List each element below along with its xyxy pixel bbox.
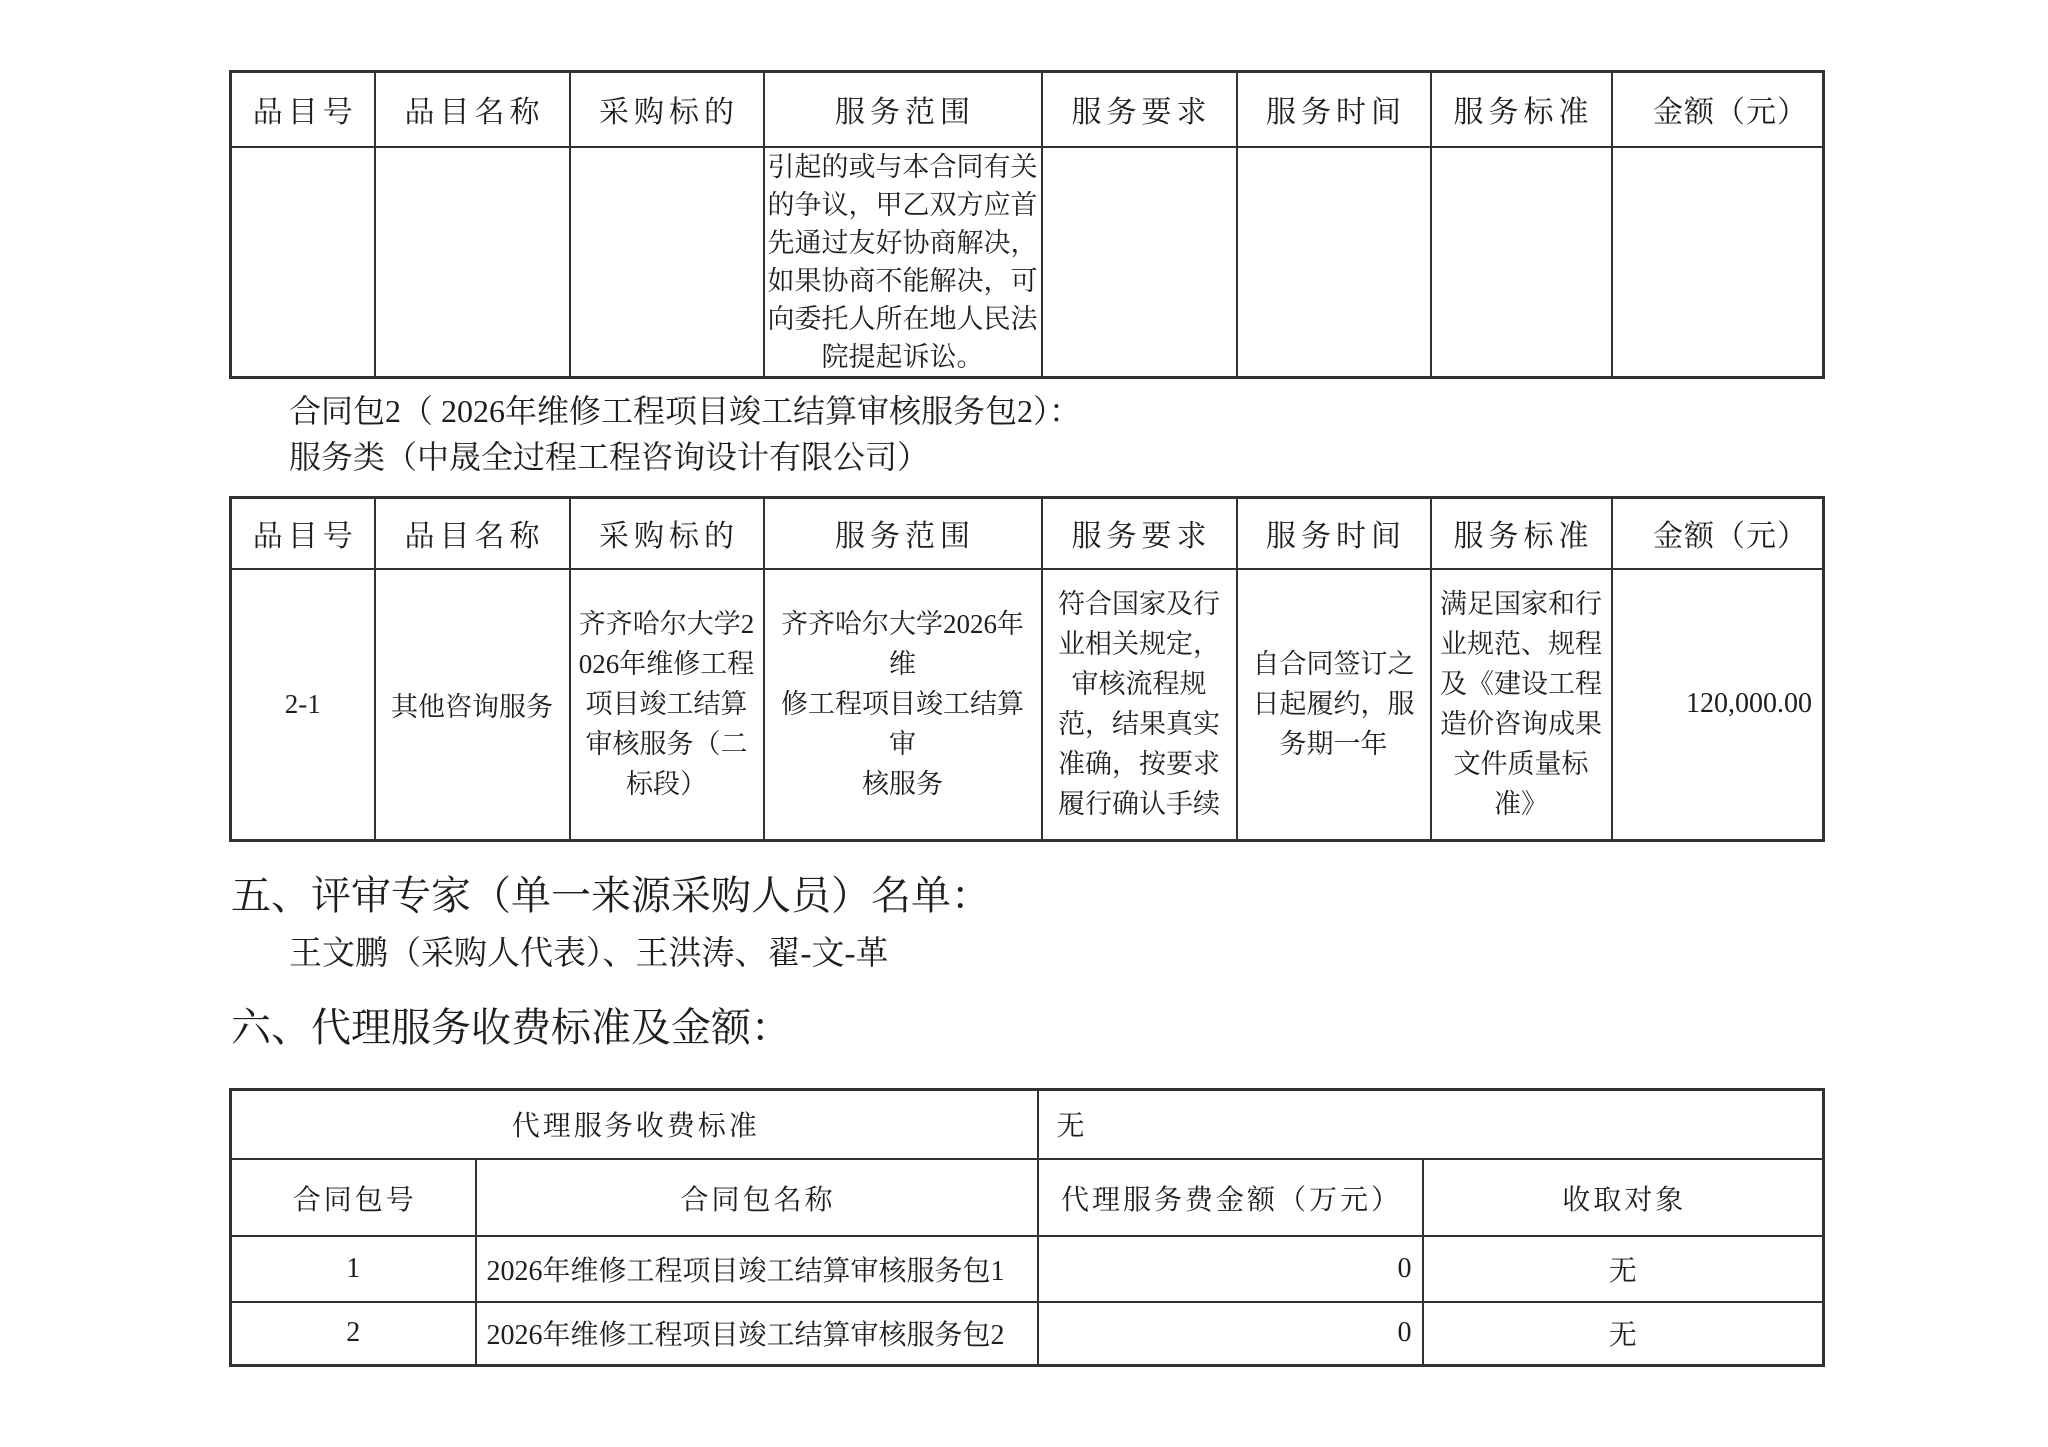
table-header-row: 品目号 品目名称 采购标的 服务范围 服务要求 服务时间 服务标准 金额（元）: [231, 497, 1824, 569]
section5-expert-names: 王文鹏（采购人代表）、王洪涛、翟-文-革: [289, 932, 2048, 976]
cell-item-no-empty: [231, 147, 375, 378]
cell-target-empty: [570, 147, 764, 378]
col-header-item-no: 品目号: [231, 72, 375, 147]
cell-scope: 齐齐哈尔大学2026年维 修工程项目竣工结算审 核服务: [764, 569, 1042, 840]
cell-fee-amount: 0: [1038, 1236, 1423, 1302]
cell-charge-target: 无: [1423, 1236, 1824, 1302]
cell-charge-target: 无: [1423, 1302, 1824, 1365]
table-row: 2 2026年维修工程项目竣工结算审核服务包2 0 无: [231, 1302, 1824, 1365]
cell-scope-continuation: 引起的或与本合同有关 的争议，甲乙双方应首 先通过友好协商解决， 如果协商不能解…: [764, 147, 1042, 378]
service-table-package1-continued: 品目号 品目名称 采购标的 服务范围 服务要求 服务时间 服务标准 金额（元） …: [229, 70, 1825, 379]
col-header-package-name: 合同包名称: [476, 1159, 1038, 1236]
cell-requirement: 符合国家及行 业相关规定， 审核流程规 范，结果真实 准确，按要求 履行确认手续: [1042, 569, 1237, 840]
col-header-fee-amount: 代理服务费金额（万元）: [1038, 1159, 1423, 1236]
col-header-target: 采购标的: [570, 497, 764, 569]
cell-package-name: 2026年维修工程项目竣工结算审核服务包2: [476, 1302, 1038, 1365]
cell-item-name-empty: [375, 147, 570, 378]
package2-service-class: 服务类（中晟全过程工程咨询设计有限公司）: [289, 434, 2048, 480]
section6-heading: 六、代理服务收费标准及金额：: [231, 1004, 2048, 1052]
package2-caption: 合同包2（ 2026年维修工程项目竣工结算审核服务包2）：: [289, 388, 2048, 434]
fee-standard-row: 代理服务收费标准 无: [231, 1089, 1824, 1159]
table-row: 1 2026年维修工程项目竣工结算审核服务包1 0 无: [231, 1236, 1824, 1302]
table-header-row: 品目号 品目名称 采购标的 服务范围 服务要求 服务时间 服务标准 金额（元）: [231, 72, 1824, 147]
col-header-charge-target: 收取对象: [1423, 1159, 1824, 1236]
col-header-standard: 服务标准: [1431, 497, 1612, 569]
cell-item-name: 其他咨询服务: [375, 569, 570, 840]
cell-item-no: 2-1: [231, 569, 375, 840]
col-header-package-no: 合同包号: [231, 1159, 476, 1236]
col-header-scope: 服务范围: [764, 72, 1042, 147]
fee-standard-value-cell: 无: [1038, 1089, 1824, 1159]
col-header-target: 采购标的: [570, 72, 764, 147]
section5-heading: 五、评审专家（单一来源采购人员）名单：: [231, 872, 2048, 920]
cell-standard: 满足国家和行 业规范、规程 及《建设工程 造价咨询成果 文件质量标 准》: [1431, 569, 1612, 840]
cell-standard-empty: [1431, 147, 1612, 378]
cell-package-no: 1: [231, 1236, 476, 1302]
col-header-amount: 金额（元）: [1612, 72, 1824, 147]
col-header-item-name: 品目名称: [375, 497, 570, 569]
cell-time-empty: [1237, 147, 1431, 378]
cell-time: 自合同签订之 日起履约，服 务期一年: [1237, 569, 1431, 840]
cell-target: 齐齐哈尔大学2 026年维修工程 项目竣工结算 审核服务（二 标段）: [570, 569, 764, 840]
col-header-standard: 服务标准: [1431, 72, 1612, 147]
col-header-time: 服务时间: [1237, 72, 1431, 147]
col-header-requirement: 服务要求: [1042, 72, 1237, 147]
agency-fee-table: 代理服务收费标准 无 合同包号 合同包名称 代理服务费金额（万元） 收取对象 1…: [229, 1088, 1825, 1367]
table-row: 引起的或与本合同有关 的争议，甲乙双方应首 先通过友好协商解决， 如果协商不能解…: [231, 147, 1824, 378]
cell-amount-empty: [1612, 147, 1824, 378]
table-row: 2-1 其他咨询服务 齐齐哈尔大学2 026年维修工程 项目竣工结算 审核服务（…: [231, 569, 1824, 840]
col-header-requirement: 服务要求: [1042, 497, 1237, 569]
fee-standard-label-cell: 代理服务收费标准: [231, 1089, 1038, 1159]
service-table-package2: 品目号 品目名称 采购标的 服务范围 服务要求 服务时间 服务标准 金额（元） …: [229, 496, 1825, 842]
col-header-item-name: 品目名称: [375, 72, 570, 147]
cell-package-no: 2: [231, 1302, 476, 1365]
col-header-amount: 金额（元）: [1612, 497, 1824, 569]
cell-fee-amount: 0: [1038, 1302, 1423, 1365]
table-header-row: 合同包号 合同包名称 代理服务费金额（万元） 收取对象: [231, 1159, 1824, 1236]
col-header-scope: 服务范围: [764, 497, 1042, 569]
document-page: 品目号 品目名称 采购标的 服务范围 服务要求 服务时间 服务标准 金额（元） …: [0, 0, 2048, 1447]
col-header-item-no: 品目号: [231, 497, 375, 569]
cell-requirement-empty: [1042, 147, 1237, 378]
cell-amount: 120,000.00: [1612, 569, 1824, 840]
col-header-time: 服务时间: [1237, 497, 1431, 569]
cell-package-name: 2026年维修工程项目竣工结算审核服务包1: [476, 1236, 1038, 1302]
